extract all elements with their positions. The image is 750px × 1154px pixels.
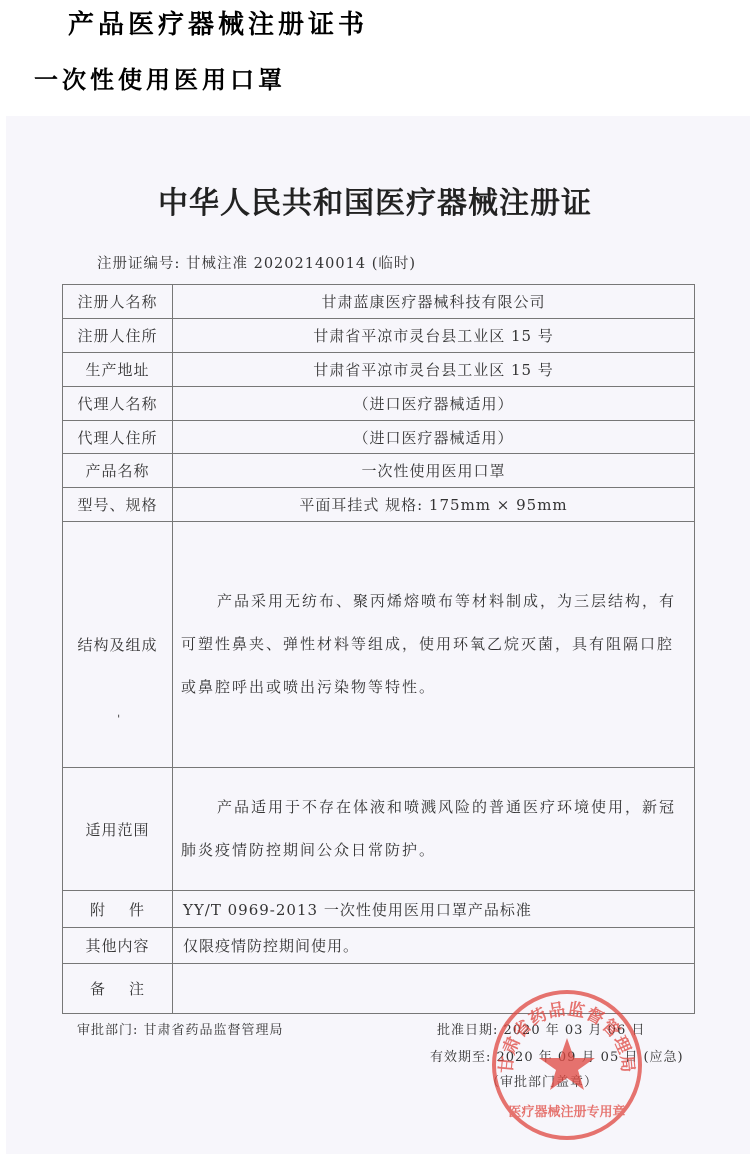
row-label: 其他内容: [63, 928, 173, 964]
table-row: 结构及组成 产品采用无纺布、聚丙烯熔喷布等材料制成，为三层结构，有可塑性鼻夹、弹…: [63, 522, 695, 768]
table-row: 代理人名称 （进口医疗器械适用）: [63, 387, 695, 421]
row-label: 产品名称: [63, 454, 173, 488]
row-label: 结构及组成: [63, 522, 173, 768]
row-value: 一次性使用医用口罩: [173, 454, 695, 488]
table-row: 注册人住所 甘肃省平凉市灵台县工业区 15 号: [63, 319, 695, 353]
official-seal-icon: 甘肃省药品监督管理局 医疗器械注册专用章: [490, 988, 644, 1142]
row-value: YY/T 0969-2013 一次性使用医用口罩产品标准: [173, 891, 695, 928]
table-row: 生产地址 甘肃省平凉市灵台县工业区 15 号: [63, 353, 695, 387]
certificate-table: 注册人名称 甘肃蓝康医疗器械科技有限公司 注册人住所 甘肃省平凉市灵台县工业区 …: [62, 284, 695, 1014]
page-heading: 产品医疗器械注册证书: [68, 4, 368, 41]
table-row: 附 件 YY/T 0969-2013 一次性使用医用口罩产品标准: [63, 891, 695, 928]
approval-department: 审批部门: 甘肃省药品监督管理局: [77, 1019, 284, 1038]
row-label: 注册人名称: [63, 285, 173, 319]
row-value: 平面耳挂式 规格: 175mm × 95mm: [173, 488, 695, 522]
pen-mark: ˌ: [117, 705, 120, 719]
table-row: 型号、规格 平面耳挂式 规格: 175mm × 95mm: [63, 488, 695, 522]
structure-paragraph: 产品采用无纺布、聚丙烯熔喷布等材料制成，为三层结构，有可塑性鼻夹、弹性材料等组成…: [181, 580, 680, 709]
row-label: 附 件: [63, 891, 173, 928]
row-value: 产品采用无纺布、聚丙烯熔喷布等材料制成，为三层结构，有可塑性鼻夹、弹性材料等组成…: [173, 522, 695, 768]
registration-number: 注册证编号: 甘械注准 20202140014 (临时): [97, 252, 416, 273]
registration-number-label: 注册证编号:: [97, 256, 180, 272]
table-row: 产品名称 一次性使用医用口罩: [63, 454, 695, 488]
row-value: 产品适用于不存在体液和喷溅风险的普通医疗环境使用，新冠肺炎疫情防控期间公众日常防…: [173, 768, 695, 891]
row-value: （进口医疗器械适用）: [173, 387, 695, 421]
scope-paragraph: 产品适用于不存在体液和喷溅风险的普通医疗环境使用，新冠肺炎疫情防控期间公众日常防…: [181, 786, 680, 872]
row-label: 型号、规格: [63, 488, 173, 522]
row-value: 甘肃蓝康医疗器械科技有限公司: [173, 285, 695, 319]
seal-bottom-text: 医疗器械注册专用章: [508, 1104, 625, 1120]
page-subheading: 一次性使用医用口罩: [34, 60, 286, 95]
row-value: （进口医疗器械适用）: [173, 421, 695, 454]
table-row: 注册人名称 甘肃蓝康医疗器械科技有限公司: [63, 285, 695, 319]
row-value: 仅限疫情防控期间使用。: [173, 928, 695, 964]
row-value: 甘肃省平凉市灵台县工业区 15 号: [173, 319, 695, 353]
table-row: 代理人住所 （进口医疗器械适用）: [63, 421, 695, 454]
row-label: 代理人住所: [63, 421, 173, 454]
row-label: 生产地址: [63, 353, 173, 387]
row-label: 适用范围: [63, 768, 173, 891]
table-row: 适用范围 产品适用于不存在体液和喷溅风险的普通医疗环境使用，新冠肺炎疫情防控期间…: [63, 768, 695, 891]
row-label: 备 注: [63, 964, 173, 1014]
row-label: 注册人住所: [63, 319, 173, 353]
row-label: 代理人名称: [63, 387, 173, 421]
table-row: 其他内容 仅限疫情防控期间使用。: [63, 928, 695, 964]
row-value: 甘肃省平凉市灵台县工业区 15 号: [173, 353, 695, 387]
registration-number-value: 甘械注准 20202140014 (临时): [186, 256, 416, 272]
certificate-title: 中华人民共和国医疗器械注册证: [0, 178, 750, 222]
